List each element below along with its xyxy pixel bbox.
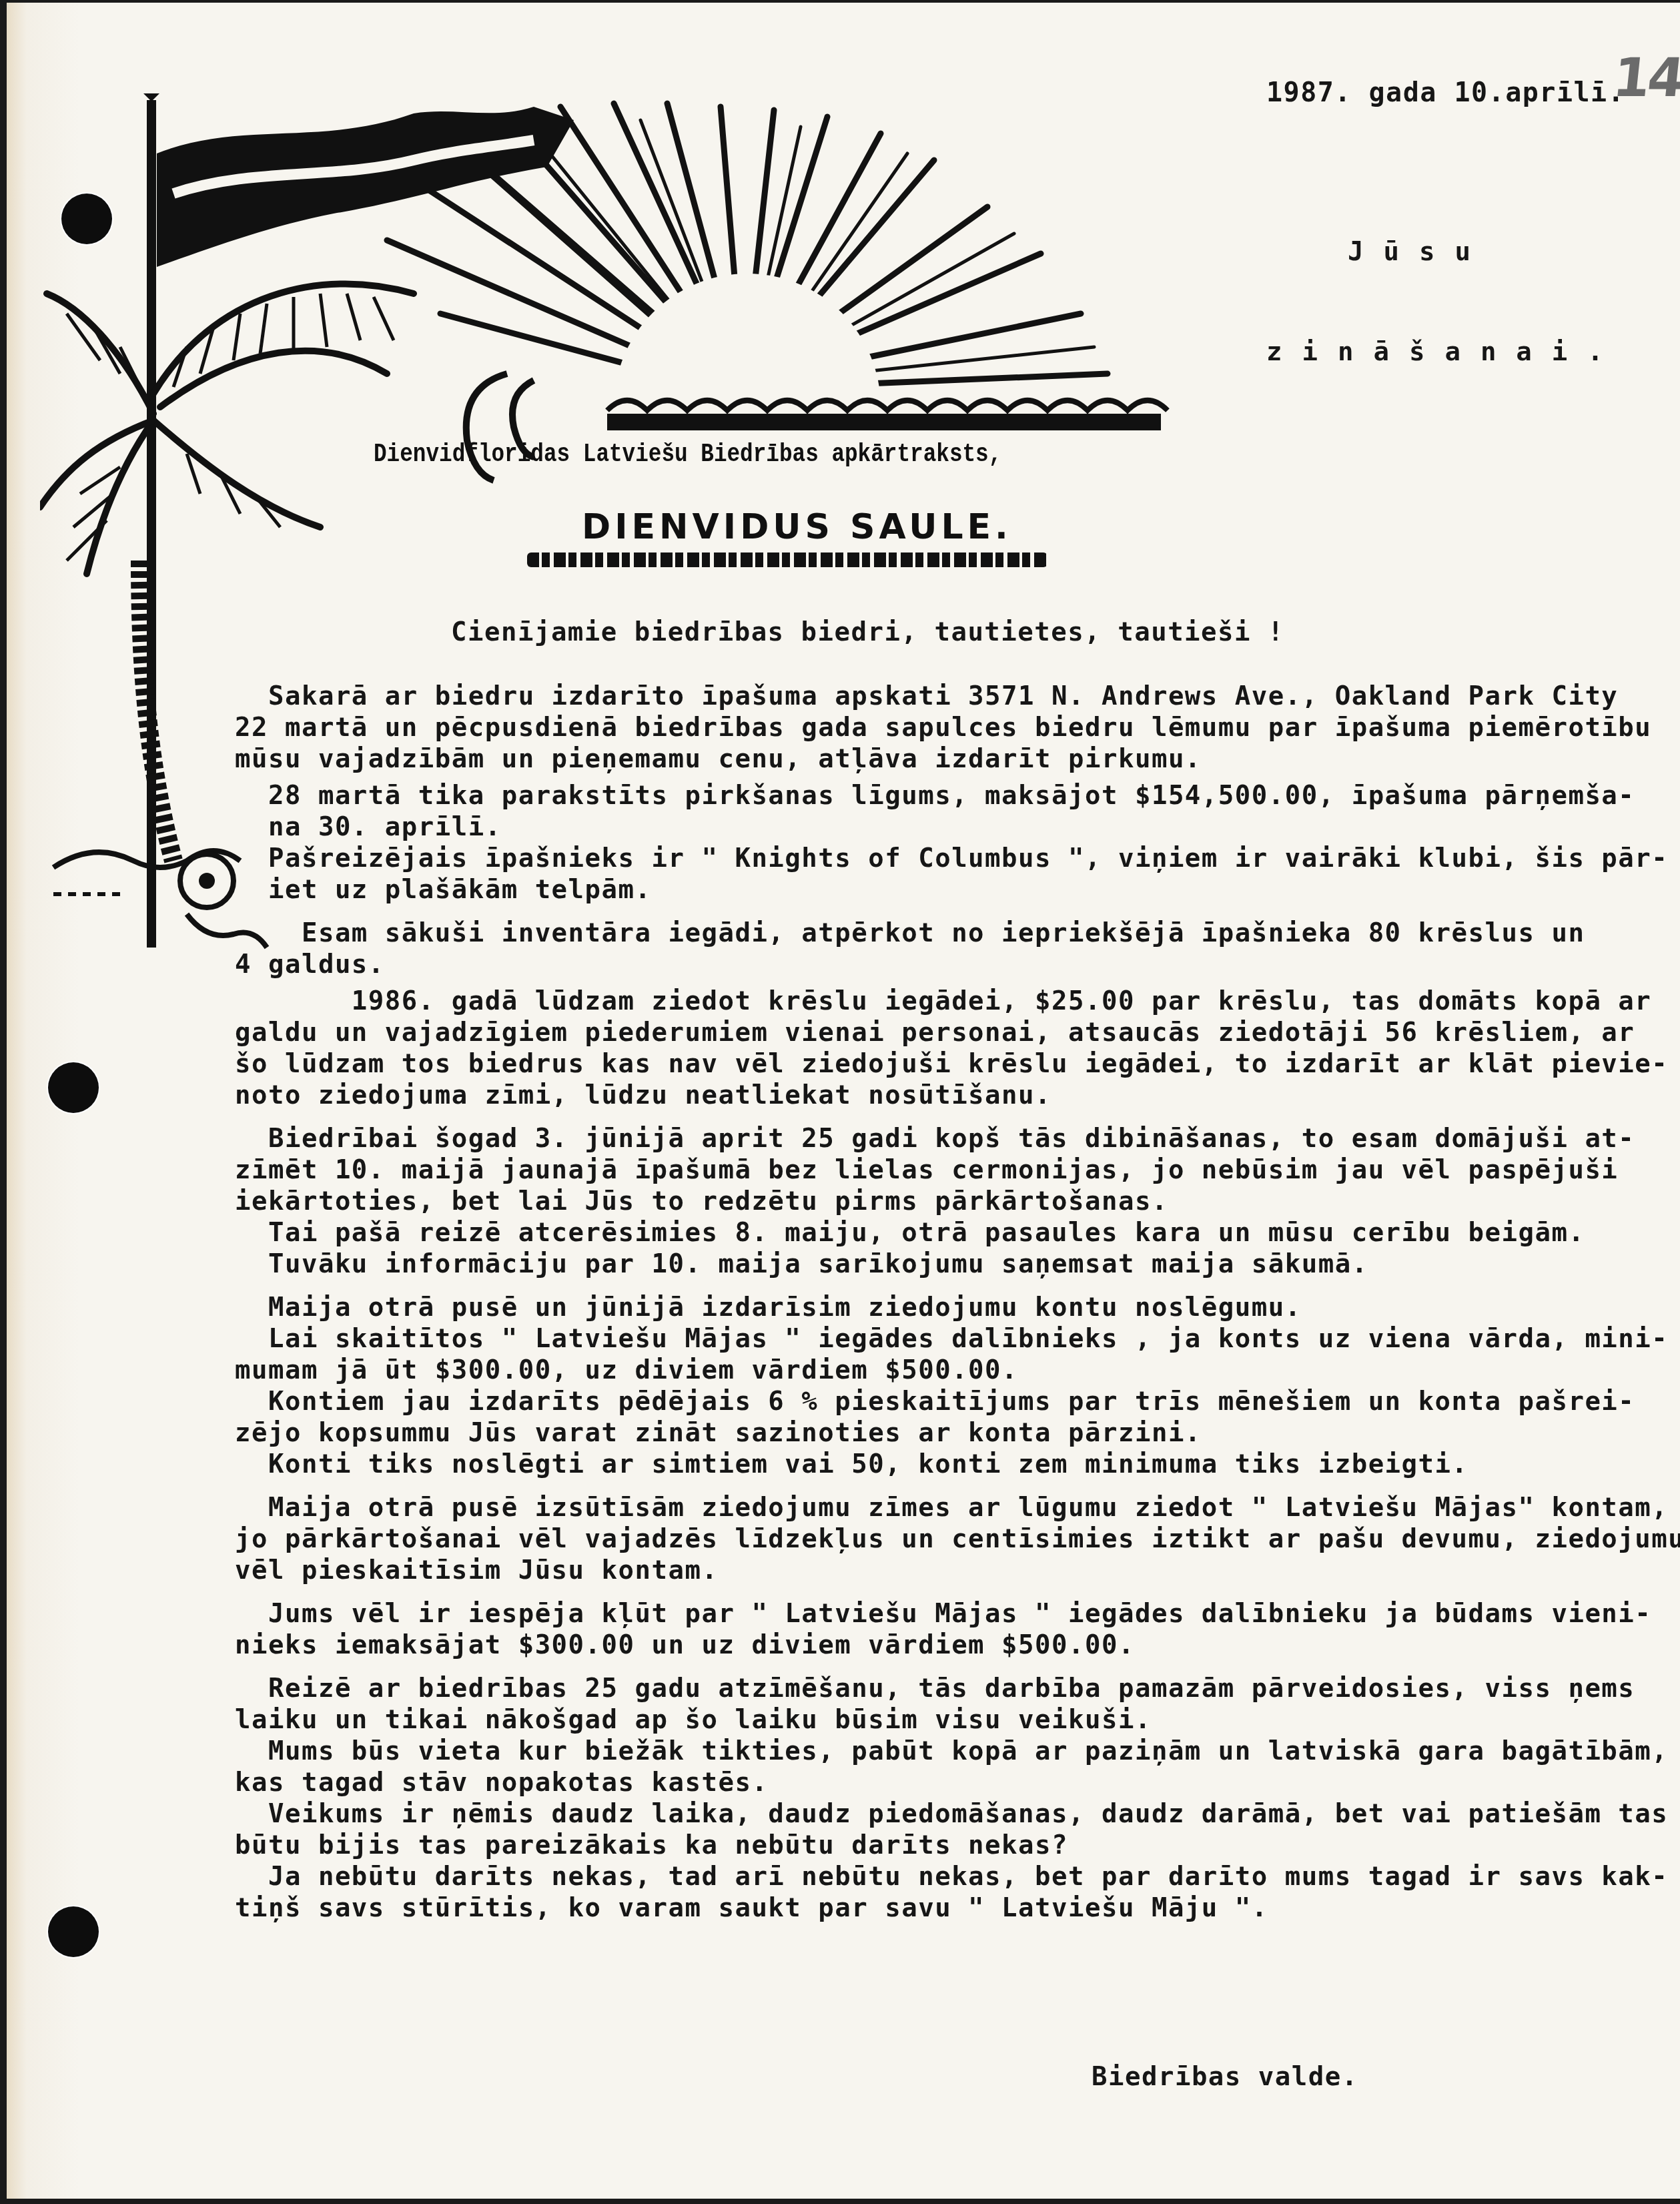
body-line: 4 galdus. <box>235 949 1636 980</box>
body-line: Maija otrā pusē izsūtīsām ziedojumu zīme… <box>235 1492 1636 1523</box>
body-line: iekārtoties, bet lai Jūs to redzētu pirm… <box>235 1186 1636 1217</box>
body-line: galdu un vajadzīgiem piederumiem vienai … <box>235 1017 1636 1048</box>
body-line: jo pārkārtošanai vēl vajadzēs līdzekļus … <box>235 1523 1636 1555</box>
paragraph-membership: Jums vēl ir iespēja kļūt par " Latviešu … <box>235 1598 1636 1661</box>
body-line: 22 martā un pēcpusdienā biedrības gada s… <box>235 712 1636 743</box>
body-line: noto ziedojuma zīmi, lūdzu neatliekat no… <box>235 1080 1636 1111</box>
scanned-page: 1987. gada 10.aprīlī. 148 Jūsu zināšanai… <box>0 0 1680 2204</box>
body-line: mūsu vajadzībām un pieņemamu cenu, atļāv… <box>235 743 1636 775</box>
salutation: Cienījamie biedrības biedri, tautietes, … <box>451 617 1284 647</box>
paragraph-anniversary: Biedrībai šogad 3. jūnijā aprit 25 gadi … <box>235 1123 1636 1280</box>
body-line: būtu bijis tas pareizākais ka nebūtu dar… <box>235 1830 1636 1861</box>
body-line: Biedrībai šogad 3. jūnijā aprit 25 gadi … <box>235 1123 1636 1154</box>
body-line: Konti tiks noslēgti ar simtiem vai 50, k… <box>235 1449 1636 1480</box>
paragraph-purchase-decision: Sakarā ar biedru izdarīto īpašuma apskat… <box>235 681 1636 775</box>
body-line: Jums vēl ir iespēja kļūt par " Latviešu … <box>235 1598 1636 1629</box>
paragraph-donation-forms: Maija otrā pusē izsūtīsām ziedojumu zīme… <box>235 1492 1636 1586</box>
body-line: Reizē ar biedrības 25 gadu atzīmēšanu, t… <box>235 1673 1636 1704</box>
body-line: Tuvāku informāciju par 10. maija sarīkoj… <box>235 1248 1636 1280</box>
paragraph-inventory: Esam sākuši inventāra iegādi, atpērkot n… <box>235 917 1636 980</box>
body-line: 28 martā tika parakstīts pirkšanas līgum… <box>235 780 1636 811</box>
body-line: Sakarā ar biedru izdarīto īpašuma apskat… <box>235 681 1636 712</box>
body-line: nieks iemaksājat $300.00 un uz diviem vā… <box>235 1629 1636 1661</box>
body-line: na 30. aprīlī. <box>235 811 1636 843</box>
paragraph-accounts: Maija otrā pusē un jūnijā izdarīsim zied… <box>235 1292 1636 1480</box>
addressee-line-1: Jūsu <box>1348 237 1491 267</box>
body-line: 1986. gadā lūdzam ziedot krēslu iegādei,… <box>235 986 1636 1017</box>
letterhead-title: DIENVIDUS SAULE. <box>582 507 1012 547</box>
scan-edge-bottom <box>0 2199 1680 2204</box>
body-line: Lai skaitītos " Latviešu Mājas " iegādes… <box>235 1323 1636 1355</box>
body-line: kas tagad stāv nopakotas kastēs. <box>235 1767 1636 1798</box>
body-line: šo lūdzam tos biedrus kas nav vēl ziedoj… <box>235 1048 1636 1080</box>
body-line: laiku un tikai nākošgad ap šo laiku būsi… <box>235 1704 1636 1736</box>
paragraph-closing: Reizē ar biedrības 25 gadu atzīmēšanu, t… <box>235 1673 1636 1924</box>
letter-date: 1987. gada 10.aprīlī. <box>1266 77 1625 108</box>
letter-body: Sakarā ar biedru izdarīto īpašuma apskat… <box>235 681 1636 1924</box>
punch-hole-icon <box>48 1062 99 1113</box>
body-line: Mums būs vieta kur biežāk tikties, pabūt… <box>235 1736 1636 1767</box>
body-line: zīmēt 10. maijā jaunajā īpašumā bez liel… <box>235 1154 1636 1186</box>
body-line: vēl pieskaitīsim Jūsu kontam. <box>235 1555 1636 1586</box>
body-line: zējo kopsummu Jūs varat zināt sazinoties… <box>235 1417 1636 1449</box>
scan-edge-top <box>0 0 1680 3</box>
addressee-line-2: zināšanai. <box>1266 337 1623 367</box>
ornamental-rule-icon <box>527 553 1047 567</box>
body-line: Kontiem jau izdarīts pēdējais 6 % pieska… <box>235 1386 1636 1417</box>
handwritten-archive-number: 148 <box>1610 47 1680 109</box>
body-line: Tai pašā reizē atcerēsimies 8. maiju, ot… <box>235 1217 1636 1248</box>
body-line: Esam sākuši inventāra iegādi, atpērkot n… <box>235 917 1636 949</box>
body-line: Pašreizējais īpašnieks ir " Knights of C… <box>235 843 1636 874</box>
paragraph-purchase-contract: 28 martā tika parakstīts pirkšanas līgum… <box>235 780 1636 905</box>
body-line: mumam jā ūt $300.00, uz diviem vārdiem $… <box>235 1355 1636 1386</box>
punch-hole-icon <box>48 1906 99 1957</box>
body-line: iet uz plašākām telpām. <box>235 874 1636 905</box>
body-line: Ja nebūtu darīts nekas, tad arī nebūtu n… <box>235 1861 1636 1892</box>
body-line: tiņš savs stūrītis, ko varam saukt par s… <box>235 1892 1636 1924</box>
paragraph-chair-donations: 1986. gadā lūdzam ziedot krēslu iegādei,… <box>235 986 1636 1111</box>
letterhead-subtitle: Dienvidfloridas Latviešu Biedrības apkār… <box>374 440 1001 469</box>
signature: Biedrības valde. <box>1092 2062 1358 2092</box>
body-line: Maija otrā pusē un jūnijā izdarīsim zied… <box>235 1292 1636 1323</box>
body-line: Veikums ir ņēmis daudz laika, daudz pied… <box>235 1798 1636 1830</box>
